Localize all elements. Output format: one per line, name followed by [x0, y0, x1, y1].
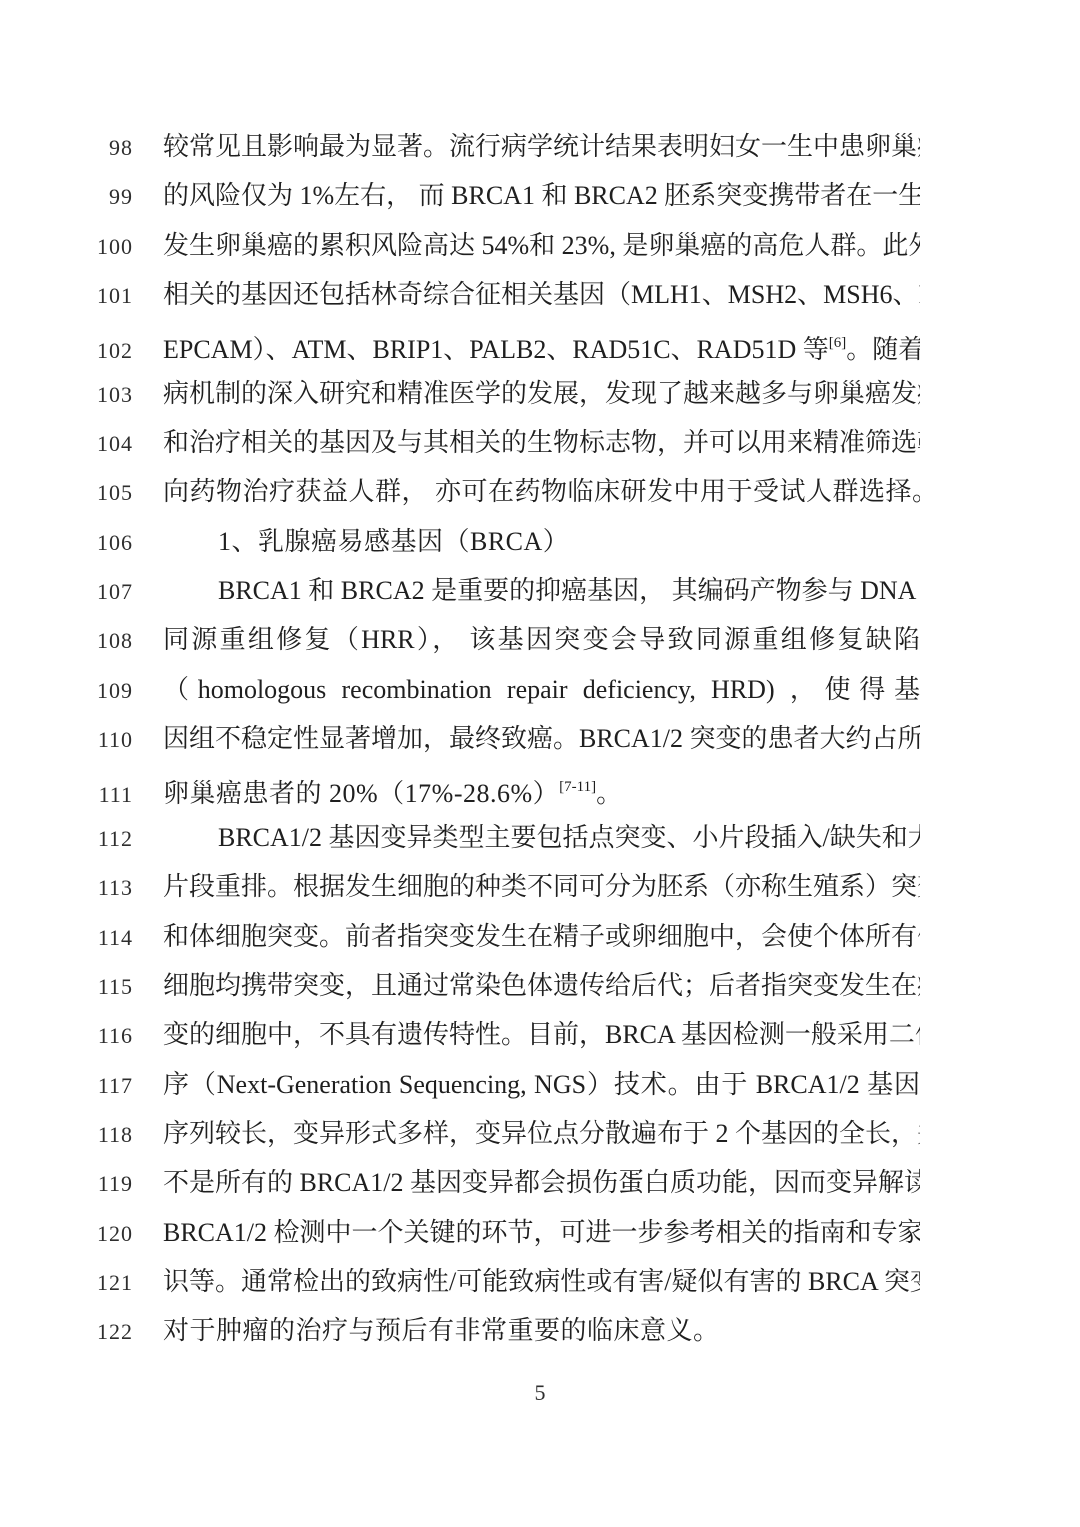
document-body: 98 较常见且影响最为显著。流行病学统计结果表明妇女一生中患卵巢癌 99 的风险… — [0, 122, 1080, 1356]
text-line: 120 BRCA1/2 检测中一个关键的环节，可进一步参考相关的指南和专家共 — [0, 1208, 1080, 1257]
line-text: BRCA1/2 基因变异类型主要包括点突变、小片段插入/缺失和大 — [163, 813, 920, 862]
text-line: 101 相关的基因还包括林奇综合征相关基因（MLH1、MSH2、MSH6、PSM… — [0, 270, 1080, 319]
line-text: 对于肿瘤的治疗与预后有非常重要的临床意义。 — [163, 1306, 920, 1355]
section-heading-text: 1、乳腺癌易感基因（BRCA） — [163, 517, 920, 566]
line-number: 106 — [0, 518, 133, 567]
line-number: 104 — [0, 419, 133, 468]
text-line: 102 EPCAM）、ATM、BRIP1、PALB2、RAD51C、RAD51D… — [0, 319, 1080, 368]
text-line: 116 变的细胞中，不具有遗传特性。目前，BRCA 基因检测一般采用二代测 — [0, 1010, 1080, 1059]
section-heading-line: 106 1、乳腺癌易感基因（BRCA） — [0, 517, 1080, 566]
line-number: 120 — [0, 1209, 133, 1258]
text-line: 99 的风险仅为 1%左右， 而 BRCA1 和 BRCA2 胚系突变携带者在一… — [0, 171, 1080, 220]
line-text-pre: 卵巢癌患者的 20%（17%-28.6%） — [163, 779, 559, 808]
manuscript-page: 98 较常见且影响最为显著。流行病学统计结果表明妇女一生中患卵巢癌 99 的风险… — [0, 0, 1080, 1527]
line-number: 109 — [0, 666, 133, 715]
line-text-post: 。 — [596, 779, 623, 808]
text-line: 110 因组不稳定性显著增加，最终致癌。BRCA1/2 突变的患者大约占所有 — [0, 714, 1080, 763]
line-text: 的风险仅为 1%左右， 而 BRCA1 和 BRCA2 胚系突变携带者在一生之中 — [163, 171, 920, 220]
citation-superscript: [6] — [829, 335, 847, 351]
line-text: EPCAM）、ATM、BRIP1、PALB2、RAD51C、RAD51D 等[6… — [163, 319, 920, 374]
line-number: 112 — [0, 814, 133, 863]
line-number: 121 — [0, 1258, 133, 1307]
line-number: 114 — [0, 913, 133, 962]
line-text: 变的细胞中，不具有遗传特性。目前，BRCA 基因检测一般采用二代测 — [163, 1010, 920, 1059]
line-number: 115 — [0, 962, 133, 1011]
line-number: 107 — [0, 567, 133, 616]
line-text: 卵巢癌患者的 20%（17%-28.6%）[7-11]。 — [163, 763, 920, 818]
line-text: 和体细胞突变。前者指突变发生在精子或卵细胞中，会使个体所有体 — [163, 912, 920, 961]
text-line: 113 片段重排。根据发生细胞的种类不同可分为胚系（亦称生殖系）突变 — [0, 862, 1080, 911]
line-number: 101 — [0, 271, 133, 320]
line-text: （homologous recombination repair deficie… — [163, 665, 920, 714]
line-text: 因组不稳定性显著增加，最终致癌。BRCA1/2 突变的患者大约占所有 — [163, 714, 920, 763]
line-number: 118 — [0, 1110, 133, 1159]
line-number: 103 — [0, 370, 133, 419]
text-line: 107 BRCA1 和 BRCA2 是重要的抑癌基因， 其编码产物参与 DNA … — [0, 566, 1080, 615]
text-line: 118 序列较长，变异形式多样，变异位点分散遍布于 2 个基因的全长，并 — [0, 1109, 1080, 1158]
line-text: BRCA1/2 检测中一个关键的环节，可进一步参考相关的指南和专家共 — [163, 1208, 920, 1257]
line-text-post: 。随着对卵巢癌发 — [846, 335, 920, 364]
line-text: 同源重组修复（HRR）， 该基因突变会导致同源重组修复缺陷 — [163, 615, 920, 664]
line-text: 向药物治疗获益人群， 亦可在药物临床研发中用于受试人群选择。 — [163, 467, 920, 516]
text-line: 115 细胞均携带突变，且通过常染色体遗传给后代；后者指突变发生在癌 — [0, 961, 1080, 1010]
line-number: 119 — [0, 1159, 133, 1208]
line-number: 99 — [0, 172, 133, 221]
line-text: 发生卵巢癌的累积风险高达 54%和 23%, 是卵巢癌的高危人群。此外， — [163, 221, 920, 270]
text-line: 122 对于肿瘤的治疗与预后有非常重要的临床意义。 — [0, 1306, 1080, 1355]
line-text: 相关的基因还包括林奇综合征相关基因（MLH1、MSH2、MSH6、PSM2、 — [163, 270, 920, 319]
citation-superscript: [7-11] — [559, 779, 596, 795]
text-line: 121 识等。通常检出的致病性/可能致病性或有害/疑似有害的 BRCA 突变 — [0, 1257, 1080, 1306]
line-text: 细胞均携带突变，且通过常染色体遗传给后代；后者指突变发生在癌 — [163, 961, 920, 1010]
line-text: 片段重排。根据发生细胞的种类不同可分为胚系（亦称生殖系）突变 — [163, 862, 920, 911]
line-number: 105 — [0, 468, 133, 517]
line-number: 110 — [0, 715, 133, 764]
text-line: 109 （homologous recombination repair def… — [0, 665, 1080, 714]
line-text-pre: EPCAM）、ATM、BRIP1、PALB2、RAD51C、RAD51D 等 — [163, 335, 829, 364]
line-text: 不是所有的 BRCA1/2 基因变异都会损伤蛋白质功能，因而变异解读是 — [163, 1158, 920, 1207]
line-number: 100 — [0, 222, 133, 271]
text-line: 98 较常见且影响最为显著。流行病学统计结果表明妇女一生中患卵巢癌 — [0, 122, 1080, 171]
text-line: 105 向药物治疗获益人群， 亦可在药物临床研发中用于受试人群选择。 — [0, 467, 1080, 516]
line-number: 116 — [0, 1011, 133, 1060]
line-number: 111 — [0, 770, 133, 819]
text-line: 103 病机制的深入研究和精准医学的发展，发现了越来越多与卵巢癌发病 — [0, 369, 1080, 418]
line-number: 102 — [0, 326, 133, 375]
line-text: BRCA1 和 BRCA2 是重要的抑癌基因， 其编码产物参与 DNA 损伤 — [163, 566, 920, 615]
line-number: 122 — [0, 1307, 133, 1356]
text-line: 114 和体细胞突变。前者指突变发生在精子或卵细胞中，会使个体所有体 — [0, 912, 1080, 961]
line-text: 识等。通常检出的致病性/可能致病性或有害/疑似有害的 BRCA 突变 — [163, 1257, 920, 1306]
text-line: 119 不是所有的 BRCA1/2 基因变异都会损伤蛋白质功能，因而变异解读是 — [0, 1158, 1080, 1207]
text-line: 111 卵巢癌患者的 20%（17%-28.6%）[7-11]。 — [0, 763, 1080, 812]
line-text: 序（Next-Generation Sequencing, NGS）技术。由于 … — [163, 1060, 920, 1109]
text-line: 100 发生卵巢癌的累积风险高达 54%和 23%, 是卵巢癌的高危人群。此外， — [0, 221, 1080, 270]
line-text: 和治疗相关的基因及与其相关的生物标志物，并可以用来精准筛选靶 — [163, 418, 920, 467]
text-line: 117 序（Next-Generation Sequencing, NGS）技术… — [0, 1060, 1080, 1109]
page-number: 5 — [0, 1380, 1080, 1406]
line-number: 108 — [0, 616, 133, 665]
text-line: 108 同源重组修复（HRR）， 该基因突变会导致同源重组修复缺陷 — [0, 615, 1080, 664]
text-line: 112 BRCA1/2 基因变异类型主要包括点突变、小片段插入/缺失和大 — [0, 813, 1080, 862]
line-text: 较常见且影响最为显著。流行病学统计结果表明妇女一生中患卵巢癌 — [163, 122, 920, 171]
line-number: 113 — [0, 863, 133, 912]
text-line: 104 和治疗相关的基因及与其相关的生物标志物，并可以用来精准筛选靶 — [0, 418, 1080, 467]
line-number: 98 — [0, 123, 133, 172]
line-text: 序列较长，变异形式多样，变异位点分散遍布于 2 个基因的全长，并 — [163, 1109, 920, 1158]
line-number: 117 — [0, 1061, 133, 1110]
line-text: 病机制的深入研究和精准医学的发展，发现了越来越多与卵巢癌发病 — [163, 369, 920, 418]
